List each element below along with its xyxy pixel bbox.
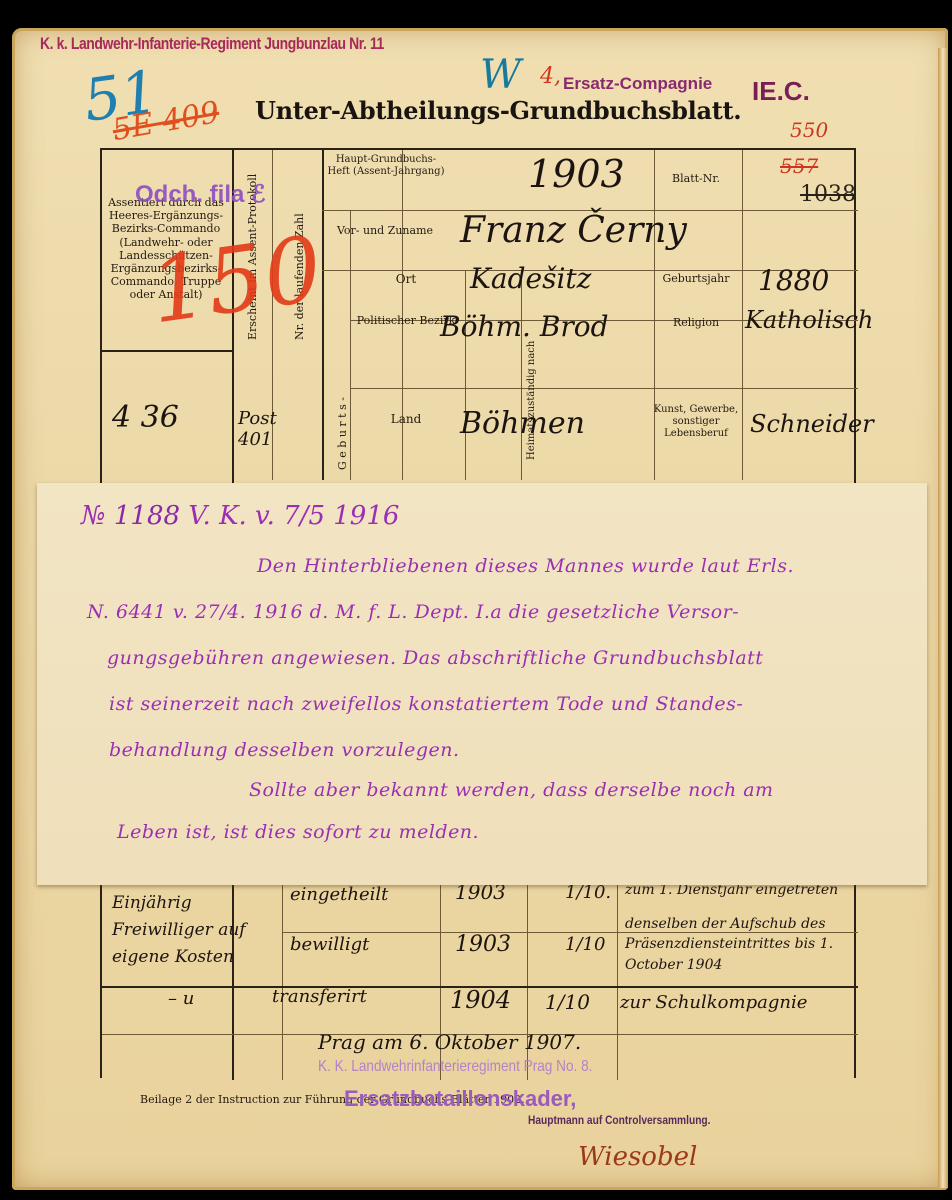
geburts-label: G e b u r t s - [336,360,349,470]
red-page-number: 550 [790,118,828,142]
row-3-left: – u [168,988,194,1009]
slip-line-1: Den Hinterbliebenen dieses Mannes wurde … [257,555,794,577]
company-stamp: Ersatz-Compagnie [563,74,712,94]
pasted-note-slip: № 1188 V. K. v. 7/5 1916 Den Hinterblieb… [37,483,927,885]
politischer-bezirk-value: Böhm. Brod [440,310,609,343]
slip-header: № 1188 V. K. v. 7/5 1916 [81,501,399,531]
row-2-day: 1/10 [565,934,605,955]
slip-line-7: Leben ist, ist dies sofort zu melden. [117,821,479,843]
row-3-action: transferirt [272,986,367,1007]
ort-value: Kadešitz [470,262,591,295]
document-title: Unter-Abtheilungs-Grundbuchsblatt. [255,96,741,125]
red-company-number: 4, [540,64,561,89]
row-2-remark: denselben der Aufschub des Präsenzdienst… [625,914,855,975]
slip-line-4: ist seinerzeit nach zweifellos konstatie… [109,693,743,715]
land-value: Böhmen [460,406,585,441]
land-label: Land [350,412,462,426]
place-date: Prag am 6. Oktober 1907. [318,1030,581,1054]
religion-value: Katholisch [745,306,873,334]
name-value: Franz Černy [460,210,687,251]
row-1-day: 1/10. [565,882,611,903]
name-label: Vor- und Zuname [320,224,450,237]
battalion-stamp: Ersatzbataillonskader, [344,1086,576,1112]
row-2-year: 1903 [455,932,511,957]
hauptmann-stamp: Hauptmann auf Controlversammlung. [528,1113,710,1127]
assentiert-value: 4 36 [112,400,179,435]
ort-label: Ort [350,272,462,286]
geburtsjahr-label: Geburtsjahr [652,272,740,285]
erscheint-value: Post 401 [238,408,288,450]
blatt-value-struck-1: 557 [780,154,818,178]
row-1-action: eingetheilt [290,884,388,905]
regiment-stamp: K. k. Landwehr-Infanterie-Regiment Jungb… [40,34,384,54]
lower-left-entry: Einjährig Freiwilliger auf eigene Kosten [112,890,272,972]
row-3-year: 1904 [450,986,511,1014]
row-3-day: 1/10 [545,990,590,1014]
hauptgrundbuch-value: 1903 [528,152,625,196]
regiment-footer-stamp: K. K. Landwehrinfanterieregiment Prag No… [318,1058,592,1076]
signature: Wiesobel [578,1142,697,1172]
hauptgrundbuch-label: Haupt-Grundbuchs-Heft (Assent-Jahrgang) [326,154,446,178]
slip-line-6: Sollte aber bekannt werden, dass derselb… [249,779,774,801]
odch-stamp: Odch. fila ℰ [135,180,266,209]
slip-number-sign: № [81,501,106,531]
blue-letter-mark: W [480,52,521,98]
slip-line-5: behandlung desselben vorzulegen. [109,739,460,761]
slip-line-2: N. 6441 v. 27/4. 1916 d. M. f. L. Dept. … [87,601,739,623]
slip-reference: V. K. v. 7/5 1916 [188,501,399,531]
geburtsjahr-value: 1880 [758,264,829,297]
sheet-edge [938,48,948,1188]
iec-stamp: IE.C. [752,76,810,107]
religion-label: Religion [652,316,740,329]
row-2-action: bewilligt [290,934,369,955]
blatt-label: Blatt-Nr. [652,172,740,185]
slip-number: 1188 [114,501,180,531]
row-3-remark: zur Schulkompagnie [620,992,807,1013]
slip-line-3: gungsgebühren angewiesen. Das abschriftl… [107,647,763,669]
beruf-label: Kunst, Gewerbe, sonstiger Lebensberuf [652,404,740,440]
blatt-value-struck-2: 1038 [800,182,856,207]
beruf-value: Schneider [750,410,874,438]
